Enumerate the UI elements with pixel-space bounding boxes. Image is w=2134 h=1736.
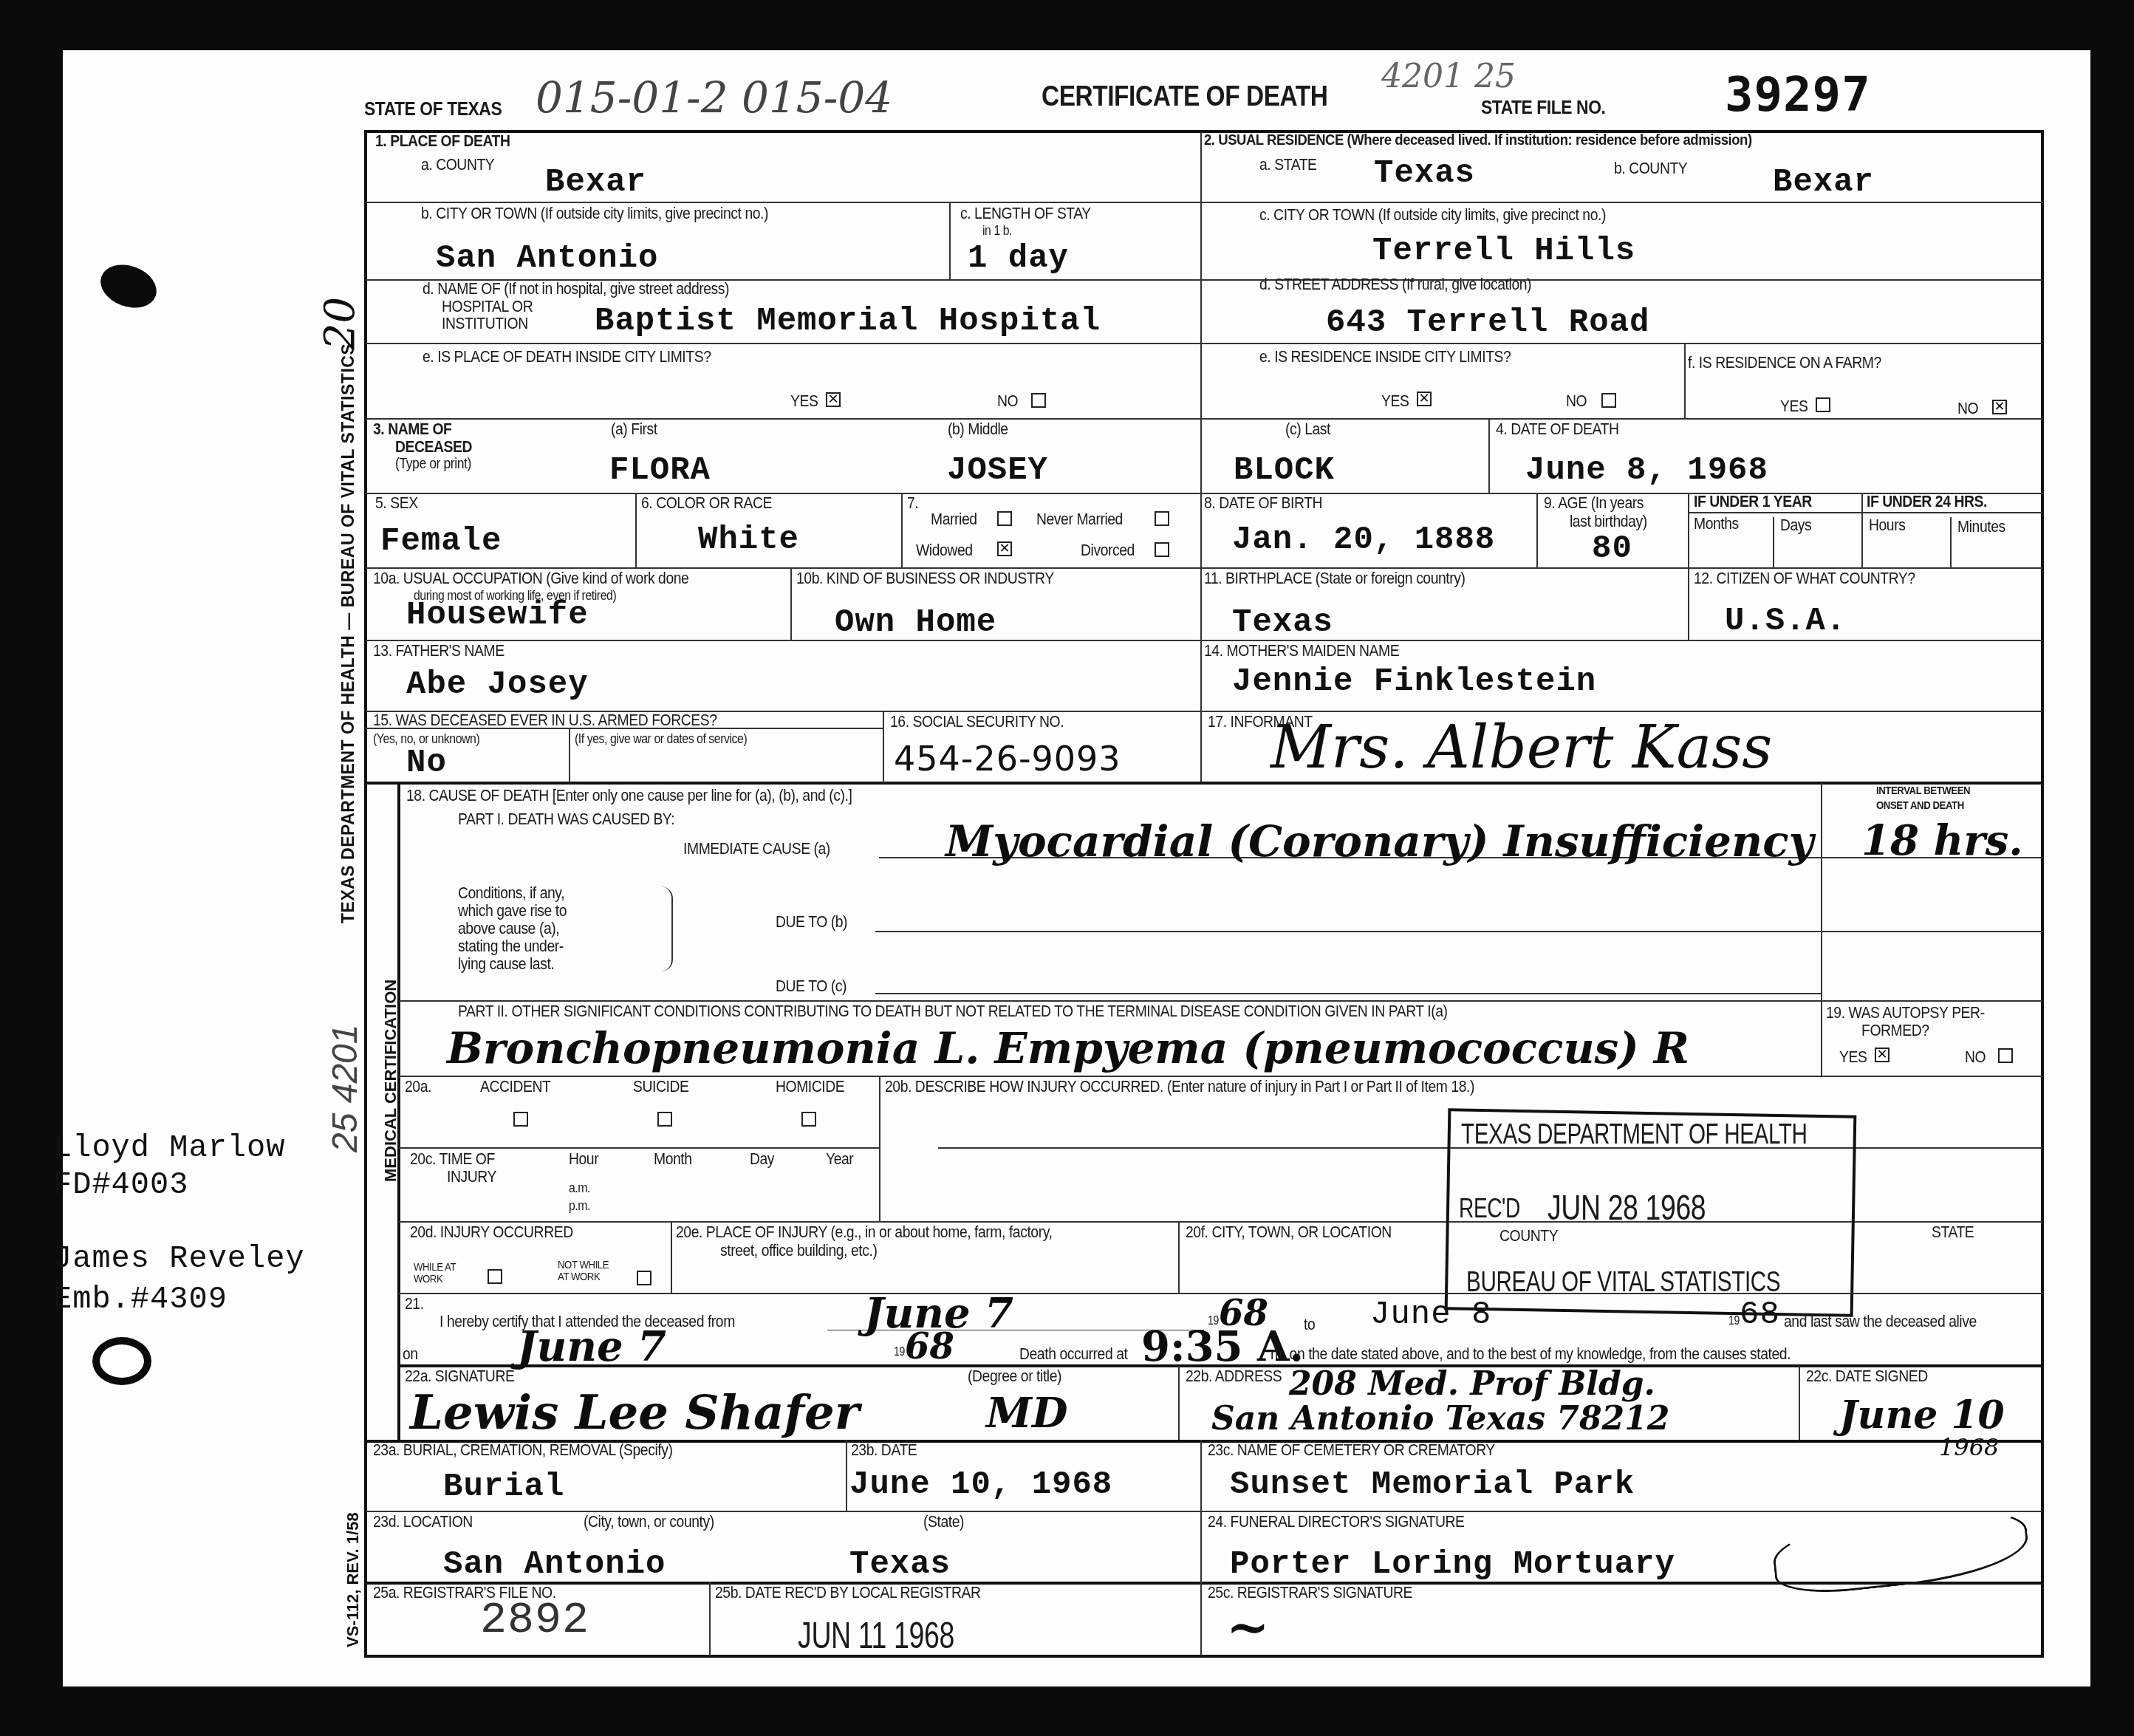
registrar-file-number: 2892 xyxy=(480,1596,589,1646)
armed-forces-label: 15. WAS DECEASED EVER IN U.S. ARMED FORC… xyxy=(373,711,717,730)
days-label: Days xyxy=(1780,516,1811,535)
first-name: FLORA xyxy=(609,452,711,489)
date-of-death: June 8, 1968 xyxy=(1525,452,1768,489)
due-to-b-label: DUE TO (b) xyxy=(776,912,847,932)
farm-no-checkbox[interactable]: ✕ xyxy=(1992,400,2007,414)
divider xyxy=(883,711,884,783)
birthplace-label: 11. BIRTHPLACE (State or foreign country… xyxy=(1204,569,1466,588)
divorced-checkbox[interactable] xyxy=(1155,542,1169,557)
attended-to-date: June 8 xyxy=(1370,1296,1491,1333)
occupation: Housewife xyxy=(406,597,589,634)
embalmer-name: James Reveley xyxy=(53,1241,305,1277)
citizen: U.S.A. xyxy=(1725,603,1846,640)
local-registrar-date-label: 25b. DATE REC'D BY LOCAL REGISTRAR xyxy=(715,1583,981,1602)
inside-limits-yes-checkbox[interactable]: ✕ xyxy=(826,392,841,407)
social-security-number: 454-26-9093 xyxy=(894,739,1121,779)
location-sub-label: (City, town, or county) xyxy=(584,1512,714,1531)
date-of-birth: Jan. 20, 1888 xyxy=(1232,522,1495,558)
never-married-label: Never Married xyxy=(1036,510,1123,529)
divider xyxy=(1684,343,1686,418)
hospital-sub2: INSTITUTION xyxy=(442,314,528,333)
divider xyxy=(569,728,570,783)
res-inside-no-label: NO xyxy=(1566,392,1587,411)
birthplace: Texas xyxy=(1232,604,1333,641)
widowed-checkbox[interactable]: ✕ xyxy=(997,541,1012,556)
divider xyxy=(1178,1221,1180,1293)
funeral-director-label: 24. FUNERAL DIRECTOR'S SIGNATURE xyxy=(1208,1512,1464,1531)
married-label: Married xyxy=(931,510,977,529)
date-signed-label: 22c. DATE SIGNED xyxy=(1806,1367,1928,1386)
business: Own Home xyxy=(835,604,996,641)
inside-limits-no-checkbox[interactable] xyxy=(1031,393,1046,408)
divider xyxy=(635,493,637,567)
conditions-note-2: which gave rise to xyxy=(458,901,567,920)
divider xyxy=(1178,1366,1180,1440)
farm-no-label: NO xyxy=(1957,399,1978,418)
name-label: 3. NAME OF xyxy=(373,420,451,439)
res-state: Texas xyxy=(1374,155,1475,192)
place-city: San Antonio xyxy=(436,240,658,277)
armed-forces: No xyxy=(406,745,447,782)
stamp-line-1: TEXAS DEPARTMENT OF HEALTH xyxy=(1461,1119,1808,1151)
last-name: BLOCK xyxy=(1234,452,1335,489)
embalmer-number: Emb.#4309 xyxy=(53,1282,228,1317)
suicide-label: SUICIDE xyxy=(633,1077,688,1096)
divider xyxy=(879,1076,880,1221)
usual-residence-label: 2. USUAL RESIDENCE (Where deceased lived… xyxy=(1204,131,1752,149)
last-seen-year: 68 xyxy=(905,1326,954,1367)
citizen-label: 12. CITIZEN OF WHAT COUNTRY? xyxy=(1694,569,1915,588)
res-city: Terrell Hills xyxy=(1372,233,1635,270)
certify-text-3: m. on the date stated above, and to the … xyxy=(1271,1344,1791,1364)
divider xyxy=(1861,493,1863,567)
divider xyxy=(1773,517,1774,567)
row-line xyxy=(366,782,2042,785)
interval: 18 hrs. xyxy=(1861,816,2023,865)
on-label: on xyxy=(403,1344,418,1364)
funeral-director-number: FD#4003 xyxy=(53,1167,188,1203)
date-of-death-label: 4. DATE OF DEATH xyxy=(1496,420,1619,439)
middle-name-label: (b) Middle xyxy=(948,420,1008,439)
farm-yes-checkbox[interactable] xyxy=(1816,397,1830,412)
res-city-label: c. CITY OR TOWN (If outside city limits,… xyxy=(1259,205,1606,225)
month-label: Month xyxy=(654,1149,692,1169)
interval-label-2: ONSET AND DEATH xyxy=(1876,799,1964,812)
under-1-year-label: IF UNDER 1 YEAR xyxy=(1694,492,1812,511)
stamp-recd: REC'D xyxy=(1459,1193,1520,1224)
autopsy-label: 19. WAS AUTOPSY PER- xyxy=(1826,1003,1985,1022)
autopsy-yes-checkbox[interactable]: ✕ xyxy=(1875,1048,1890,1062)
place-of-injury-label-2: street, office building, etc.) xyxy=(720,1241,877,1260)
hospital-name: Baptist Memorial Hospital xyxy=(595,303,1101,340)
widowed-label: Widowed xyxy=(916,541,973,560)
marital-label: 7. xyxy=(907,493,918,513)
length-of-stay: 1 day xyxy=(968,240,1069,277)
day-label: Day xyxy=(750,1149,774,1169)
physician-signature: Lewis Lee Shafer xyxy=(410,1385,859,1441)
medical-section-border xyxy=(397,783,400,1441)
injury-state-label: STATE xyxy=(1932,1223,1974,1242)
form-right-border xyxy=(2041,130,2044,1656)
form-number: VS-112, REV. 1/58 xyxy=(343,1512,363,1647)
signature-label: 22a. SIGNATURE xyxy=(405,1367,514,1386)
row-line xyxy=(366,1582,2042,1585)
res-inside-limits-label: e. IS RESIDENCE INSIDE CITY LIMITS? xyxy=(1259,347,1511,366)
inside-limits-yes-label: YES xyxy=(790,392,818,411)
res-county: Bexar xyxy=(1773,164,1874,201)
physician-degree: MD xyxy=(986,1389,1068,1438)
res-county-label: b. COUNTY xyxy=(1614,159,1687,178)
part1-label: PART I. DEATH WAS CAUSED BY: xyxy=(458,810,674,829)
while-at-work-checkbox[interactable] xyxy=(488,1269,502,1284)
while-at-work-label: WHILE AT WORK xyxy=(414,1262,459,1285)
conditions-note-3: above cause (a), xyxy=(458,919,559,938)
due-to-b-line xyxy=(875,931,2042,932)
divider xyxy=(709,1582,711,1655)
interval-label-1: INTERVAL BETWEEN xyxy=(1876,785,1970,797)
side-title: TEXAS DEPARTMENT OF HEALTH — BUREAU OF V… xyxy=(338,344,358,923)
divider xyxy=(671,1221,672,1293)
father-name: Abe Josey xyxy=(406,666,589,703)
document-title: CERTIFICATE OF DEATH xyxy=(1042,81,1328,113)
time-injury-label: 20c. TIME OF xyxy=(410,1149,495,1169)
injury-city-label: 20f. CITY, TOWN, OR LOCATION xyxy=(1186,1223,1392,1242)
divider xyxy=(1799,1366,1800,1440)
nineteen-3: 19 xyxy=(894,1346,905,1359)
age-label: 9. AGE (In years xyxy=(1544,493,1644,513)
county-label: a. COUNTY xyxy=(421,155,494,174)
state-of-texas-label: STATE OF TEXAS xyxy=(364,98,502,120)
physician-address-2: San Antonio Texas 78212 xyxy=(1211,1400,1669,1438)
address-label: 22b. ADDRESS xyxy=(1186,1367,1282,1386)
accident-checkbox[interactable] xyxy=(513,1112,528,1127)
months-label: Months xyxy=(1694,514,1739,533)
name-label-3: (Type or print) xyxy=(395,456,471,473)
hole-punch-bottom xyxy=(92,1337,151,1385)
age: 80 xyxy=(1592,530,1632,567)
autopsy-no-checkbox[interactable] xyxy=(1998,1048,2013,1063)
funeral-director-name: Lloyd Marlow xyxy=(53,1130,285,1166)
describe-injury-label: 20b. DESCRIBE HOW INJURY OCCURRED. (Ente… xyxy=(885,1077,1474,1096)
attended-to-year: 68 xyxy=(1740,1296,1780,1333)
ssn-label: 16. SOCIAL SECURITY NO. xyxy=(890,712,1064,731)
dob-label: 8. DATE OF BIRTH xyxy=(1204,493,1322,513)
sex-label: 5. SEX xyxy=(375,493,418,513)
part2-label: PART II. OTHER SIGNIFICANT CONDITIONS CO… xyxy=(458,1002,1448,1021)
homicide-checkbox[interactable] xyxy=(801,1112,816,1127)
due-to-c-line xyxy=(875,993,1821,994)
registrar-signature: ~ xyxy=(1226,1596,1270,1657)
hour-label: Hour xyxy=(569,1149,598,1169)
res-inside-no-checkbox[interactable] xyxy=(1601,393,1616,408)
part2-conditions: Bronchopneumonia L. Empyema (pneumococcu… xyxy=(447,1023,1689,1073)
suicide-checkbox[interactable] xyxy=(657,1112,672,1127)
business-label: 10b. KIND OF BUSINESS OR INDUSTRY xyxy=(796,569,1054,588)
burial-state: Texas xyxy=(849,1546,951,1583)
immediate-cause-label: IMMEDIATE CAUSE (a) xyxy=(683,839,830,858)
city-label: b. CITY OR TOWN (If outside city limits,… xyxy=(421,204,768,223)
cemetery: Sunset Memorial Park xyxy=(1230,1466,1635,1503)
form-left-border xyxy=(364,130,367,1656)
cemetery-label: 23c. NAME OF CEMETERY OR CREMATORY xyxy=(1208,1441,1495,1460)
handwritten-side-ref: 25 4201 xyxy=(325,1024,366,1152)
occupation-label: 10a. USUAL OCCUPATION (Give kind of work… xyxy=(373,569,688,588)
father-label: 13. FATHER'S NAME xyxy=(373,641,505,660)
sex: Female xyxy=(380,523,502,560)
never-married-checkbox[interactable] xyxy=(1155,511,1169,526)
race: White xyxy=(698,522,799,558)
form-top-border xyxy=(364,130,2042,133)
stamp-date: JUN 28 1968 xyxy=(1548,1188,1706,1228)
nineteen-2: 19 xyxy=(1728,1315,1740,1328)
certify-text-2: and last saw the deceased alive xyxy=(1784,1312,1977,1331)
divider xyxy=(1950,517,1952,567)
homicide-label: HOMICIDE xyxy=(776,1077,844,1096)
local-registrar-date: JUN 11 1968 xyxy=(798,1614,954,1657)
divider xyxy=(1688,493,1689,567)
injury-20a-label: 20a. xyxy=(405,1077,431,1096)
burial-date-label: 23b. DATE xyxy=(851,1441,917,1460)
divider xyxy=(1821,1000,1822,1076)
immediate-cause: Myocardial (Coronary) Insufficiency xyxy=(945,816,1813,867)
name-label-2: DECEASED xyxy=(395,437,472,457)
state-file-number: 39297 xyxy=(1725,68,1871,123)
mother-name: Jennie Finklestein xyxy=(1232,663,1596,700)
divider xyxy=(1688,512,2042,513)
date-signed-year: 1968 xyxy=(1939,1433,1999,1461)
burial-date: June 10, 1968 xyxy=(849,1466,1112,1503)
divider xyxy=(1200,1582,1202,1655)
not-while-at-work-label: NOT WHILE AT WORK xyxy=(558,1260,609,1283)
autopsy-no-label: NO xyxy=(1965,1048,1986,1067)
res-inside-yes-checkbox[interactable]: ✕ xyxy=(1417,392,1432,406)
conditions-note-5: lying cause last. xyxy=(458,954,554,974)
res-inside-yes-label: YES xyxy=(1381,392,1409,411)
am-label: a.m. xyxy=(569,1180,590,1196)
form-bottom-border xyxy=(364,1655,2044,1658)
date-signed: June 10 xyxy=(1839,1392,2005,1438)
last-name-label: (c) Last xyxy=(1285,420,1330,439)
armed-sub-label-2: (If yes, give war or dates of service) xyxy=(575,731,747,747)
divider xyxy=(790,567,792,640)
burial-city: San Antonio xyxy=(443,1546,666,1583)
due-to-c-label: DUE TO (c) xyxy=(776,977,847,996)
inside-limits-label: e. IS PLACE OF DEATH INSIDE CITY LIMITS? xyxy=(423,347,711,366)
conditions-note-1: Conditions, if any, xyxy=(458,884,564,903)
divider xyxy=(1821,783,1822,1002)
inside-limits-no-label: NO xyxy=(997,392,1018,411)
middle-name: JOSEY xyxy=(947,452,1048,489)
degree-label: (Degree or title) xyxy=(968,1367,1061,1386)
res-state-label: a. STATE xyxy=(1259,155,1317,174)
handwritten-ref: 4201 25 xyxy=(1381,58,1516,95)
row-line xyxy=(366,343,2042,344)
divider xyxy=(846,1440,847,1511)
place-of-injury-label: 20e. PLACE OF INJURY (e.g., in or about … xyxy=(676,1223,1052,1242)
certification-number: 21. xyxy=(405,1294,424,1313)
divider xyxy=(1688,567,1689,640)
disposition: Burial xyxy=(443,1469,564,1506)
physician-address-1: 208 Med. Prof Bldg. xyxy=(1289,1365,1655,1403)
under-24-hrs-label: IF UNDER 24 HRS. xyxy=(1867,492,1987,511)
stay-sub-label: in 1 b. xyxy=(982,223,1012,239)
accident-label: ACCIDENT xyxy=(480,1077,550,1096)
cause-label: 18. CAUSE OF DEATH [Enter only one cause… xyxy=(406,786,852,805)
married-checkbox[interactable] xyxy=(997,511,1012,526)
disposition-label: 23a. BURIAL, CREMATION, REMOVAL (Specify… xyxy=(373,1441,672,1460)
res-street: 643 Terrell Road xyxy=(1326,304,1649,341)
place-county: Bexar xyxy=(545,164,646,201)
row-line xyxy=(399,1147,879,1149)
divider xyxy=(1536,493,1538,567)
farm-yes-label: YES xyxy=(1780,397,1808,416)
col-divider xyxy=(1200,131,1202,783)
mother-label: 14. MOTHER'S MAIDEN NAME xyxy=(1204,641,1399,660)
to-label: to xyxy=(1304,1315,1315,1334)
divider xyxy=(1488,418,1490,493)
divorced-label: Divorced xyxy=(1081,541,1135,560)
farm-label: f. IS RESIDENCE ON A FARM? xyxy=(1688,353,1881,372)
handwritten-20: 20 xyxy=(316,297,364,349)
autopsy-yes-label: YES xyxy=(1839,1048,1867,1067)
pm-label: p.m. xyxy=(569,1198,590,1214)
row-line xyxy=(366,202,2042,203)
age-label-2: last birthday) xyxy=(1570,512,1647,531)
place-of-death-label: 1. PLACE OF DEATH xyxy=(375,131,510,151)
informant-signature: Mrs. Albert Kass xyxy=(1271,713,1772,782)
divider xyxy=(949,202,951,279)
hours-label: Hours xyxy=(1869,516,1905,535)
state-file-label: STATE FILE NO. xyxy=(1481,96,1605,119)
stay-label: c. LENGTH OF STAY xyxy=(960,204,1091,223)
handwritten-codes: 015-01-2 015-04 xyxy=(536,72,892,123)
time-injury-label-2: INJURY xyxy=(447,1167,496,1186)
divider xyxy=(901,493,903,567)
first-name-label: (a) First xyxy=(611,420,657,439)
year-label: Year xyxy=(826,1149,853,1169)
not-while-at-work-checkbox[interactable] xyxy=(637,1271,652,1285)
funeral-home: Porter Loring Mortuary xyxy=(1230,1546,1675,1583)
autopsy-label-2: FORMED? xyxy=(1861,1021,1929,1040)
death-occurred-label: Death occurred at xyxy=(1019,1344,1127,1364)
conditions-brace xyxy=(661,886,673,971)
race-label: 6. COLOR OR RACE xyxy=(641,493,772,513)
res-street-label: d. STREET ADDRESS (If rural, give locati… xyxy=(1259,275,1531,294)
state-sub-label: (State) xyxy=(923,1512,964,1531)
location-label: 23d. LOCATION xyxy=(373,1512,473,1531)
injury-occurred-label: 20d. INJURY OCCURRED xyxy=(410,1223,573,1242)
hospital-label: d. NAME OF (If not in hospital, give str… xyxy=(423,279,729,298)
minutes-label: Minutes xyxy=(1957,517,2005,536)
conditions-note-4: stating the under- xyxy=(458,937,564,956)
